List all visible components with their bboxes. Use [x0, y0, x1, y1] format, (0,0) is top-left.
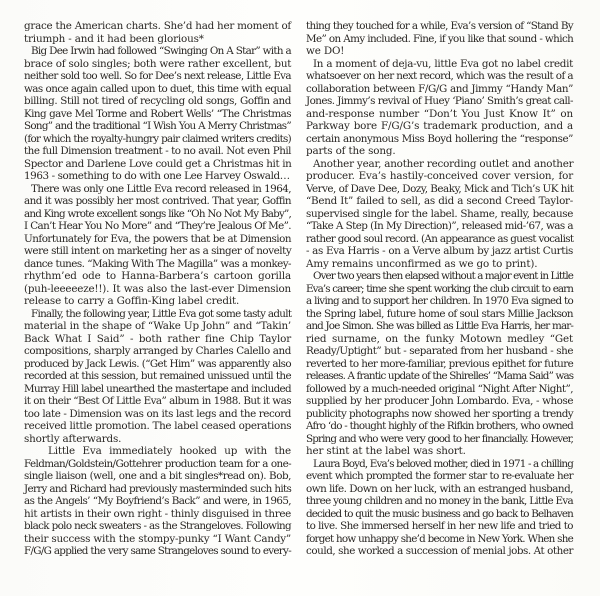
text-line: Murray Hill label unearthed the masterta…: [24, 383, 291, 396]
text-line: compositions, sharply arranged by Charle…: [24, 345, 291, 358]
text-line: ried surname, on the funky Motown medley…: [306, 333, 573, 346]
text-line: Over two years then elapsed without a ma…: [306, 270, 573, 283]
text-line: (puh-leeeeeze!!). It was also the last-e…: [24, 283, 291, 296]
text-line: release to carry a Goffin-King label cre…: [24, 295, 291, 308]
text-line: publicity photographs now showed her spo…: [306, 408, 573, 421]
text-line: rhythm’ed ode to Hanna-Barbera’s cartoon…: [24, 270, 291, 283]
text-line: - as Eva Harris - on a Verve album by ja…: [306, 245, 573, 258]
text-line: 1963 - something to do with one Lee Harv…: [24, 170, 291, 183]
text-line: a living and to support her children. In…: [306, 295, 573, 308]
text-line: Ready/Uptight” but - separated from her …: [306, 345, 573, 358]
text-line: Spector and Darlene Love could get a Chr…: [24, 158, 291, 171]
text-line: Parkway bore F/G/G’s trademark productio…: [306, 120, 573, 133]
text-line: three young children and no money in the…: [306, 495, 573, 508]
text-line: Amy remains unconfirmed as we go to prin…: [306, 258, 573, 271]
text-line: shortly afterwards.: [24, 433, 291, 446]
text-line: billing. Still not tired of recycling ol…: [24, 95, 291, 108]
text-line: Jerry and Richard had previously masterm…: [24, 483, 291, 496]
text-line: grace the American charts. She’d had her…: [24, 20, 291, 33]
text-line: releases. A frantic update of the Shirel…: [306, 370, 573, 383]
text-line: dance tunes. “Making With The Magilla” w…: [24, 258, 291, 271]
text-line: and it was possibly her most contrived. …: [24, 195, 291, 208]
text-line: the Spring label, future home of soul st…: [306, 308, 573, 321]
text-line: supplied by her producer John Lombardo. …: [306, 395, 573, 408]
document-page: grace the American charts. She’d had her…: [0, 0, 600, 596]
text-line: produced by Jack Lewis. (“Get Him” was a…: [24, 358, 291, 371]
text-line: I Can’t Hear You No More” and “They’re J…: [24, 220, 291, 233]
text-line: to live. She immersed herself in her new…: [306, 520, 573, 533]
text-line: Song” and the traditional “I Wish You A …: [24, 120, 291, 133]
text-line: reverted to her more-familiar, previous …: [306, 358, 573, 371]
text-line: and-response number “Don’t You Just Know…: [306, 108, 573, 121]
text-line: parts of the song.: [306, 145, 573, 158]
text-line: Verve, of Dave Dee, Dozy, Beaky, Mick an…: [306, 183, 573, 196]
text-line: Afro ‘do - thought highly of the Rifkin …: [306, 420, 573, 433]
text-line: Jones. Jimmy’s revival of Huey ‘Piano’ S…: [306, 95, 573, 108]
text-line: Spring and who were very good to her fin…: [306, 433, 573, 446]
text-line: material in the shape of “Wake Up John” …: [24, 320, 291, 333]
text-line: producer. Eva’s hastily-conceived cover …: [306, 170, 573, 183]
text-line: brace of solo singles; both were rather …: [24, 58, 291, 71]
left-column: grace the American charts. She’d had her…: [24, 20, 291, 558]
text-line: and King wrote excellent songs like “Oh …: [24, 208, 291, 221]
right-column: thing they touched for a while, Eva’s ve…: [306, 20, 573, 558]
text-line: certain anonymous Miss Boyd hollering th…: [306, 133, 573, 146]
text-line: black polo neck sweaters - as the Strang…: [24, 520, 291, 533]
text-line: as the Angels’ “My Boyfriend’s Back” and…: [24, 495, 291, 508]
text-line: Big Dee Irwin had followed “Swinging On …: [24, 45, 291, 58]
text-line: their success with the stompy-punky “I W…: [24, 533, 291, 546]
text-line: we DO!: [306, 45, 573, 58]
text-line: (for which the royalty-hungry pair claim…: [24, 133, 291, 146]
text-line: Laura Boyd, Eva’s beloved mother, died i…: [306, 458, 573, 471]
text-line: “Bend It” failed to sell, as did a secon…: [306, 195, 573, 208]
text-line: Me” on Amy included. Fine, if you like t…: [306, 33, 573, 46]
text-line: Back What I Said” - both rather fine Chi…: [24, 333, 291, 346]
text-line: King gave Mel Torme and Robert Wells’ “T…: [24, 108, 291, 121]
text-line: forget how unhappy she’d become in New Y…: [306, 533, 573, 546]
text-line: collaboration between F/G/G and Jimmy “H…: [306, 83, 573, 96]
text-line: decided to quit the music business and g…: [306, 508, 573, 521]
text-line: “Take A Step (In My Direction)”, release…: [306, 220, 573, 233]
text-line: event which prompted the former star to …: [306, 470, 573, 483]
text-line: her stint at the label was short.: [306, 445, 573, 458]
text-line: triumph - and it had been glorious*: [24, 33, 291, 46]
text-line: and Joe Simon. She was billed as Little …: [306, 320, 573, 333]
text-line: hit artists in their own right - thinly …: [24, 508, 291, 521]
text-line: rather good soul record. (An appearance …: [306, 233, 573, 246]
text-line: the full Dimension treatment - to no ava…: [24, 145, 291, 158]
text-line: Finally, the following year, Little Eva …: [24, 308, 291, 321]
text-line: neither sold too well. So for Dee’s next…: [24, 70, 291, 83]
text-line: There was only one Little Eva record rel…: [24, 183, 291, 196]
text-line: could, she worked a succession of menial…: [306, 545, 573, 558]
text-line: too late - Dimension was on its last leg…: [24, 408, 291, 421]
text-line: Little Eva immediately hooked up with th…: [24, 445, 291, 458]
text-line: In a moment of deja-vu, little Eva got n…: [306, 58, 573, 71]
text-line: were still intent on marketing her as a …: [24, 245, 291, 258]
text-line: thing they touched for a while, Eva’s ve…: [306, 20, 573, 33]
text-line: whatsoever on her next record, which was…: [306, 70, 573, 83]
text-line: single liaison (well, one and a bit sing…: [24, 470, 291, 483]
text-line: Feldman/Goldstein/Gottehrer production t…: [24, 458, 291, 471]
text-line: Another year, another recording outlet a…: [306, 158, 573, 171]
text-line: F/G/G applied the very same Strangeloves…: [24, 545, 291, 558]
text-line: followed by a much-needed original “Nigh…: [306, 383, 573, 396]
text-line: was once again called upon to duet, this…: [24, 83, 291, 96]
text-line: received little promotion. The label cea…: [24, 420, 291, 433]
text-line: recorded at this session, but remained u…: [24, 370, 291, 383]
text-line: Unfortunately for Eva, the powers that b…: [24, 233, 291, 246]
text-line: it on their “Best Of Little Eva” album i…: [24, 395, 291, 408]
text-line: own life. Down on her luck, with an estr…: [306, 483, 573, 496]
text-line: supervised single for the label. Shame, …: [306, 208, 573, 221]
text-line: Eva’s career; time she spent working the…: [306, 283, 573, 296]
